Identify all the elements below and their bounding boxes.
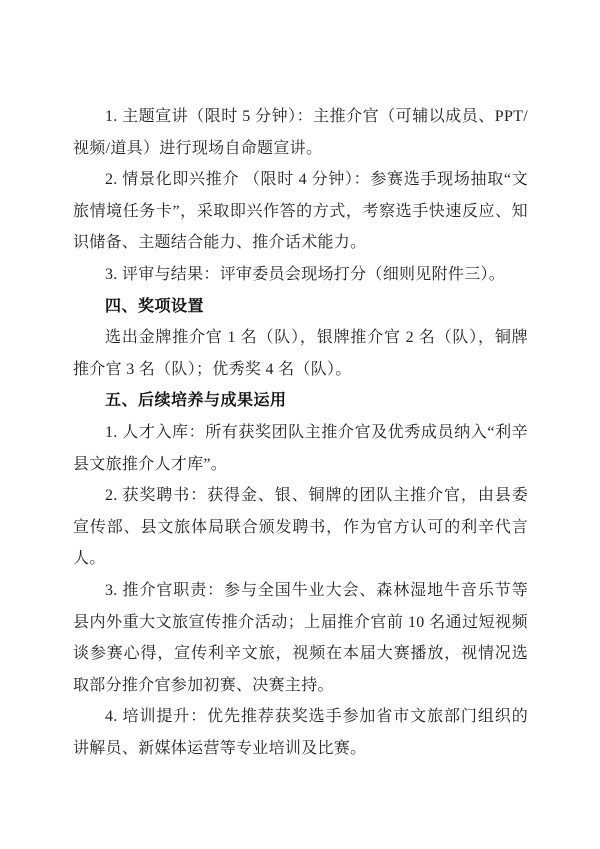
paragraph-impromptu-pitch: 2. 情景化即兴推介 （限时 4 分钟）：参赛选手现场抽取“文旅情境任务卡”，采… <box>73 164 528 259</box>
document-content: 1. 主题宣讲（限时 5 分钟）：主推介官（可辅以成员、PPT/视频/道具）进行… <box>73 101 528 764</box>
paragraph-judging-result: 3. 评审与结果：评审委员会现场打分（细则见附件三）。 <box>73 259 528 291</box>
document-page: 1. 主题宣讲（限时 5 分钟）：主推介官（可辅以成员、PPT/视频/道具）进行… <box>0 0 600 849</box>
paragraph-awards-detail: 选出金牌推介官 1 名（队），银牌推介官 2 名（队），铜牌推介官 3 名（队）… <box>73 322 528 385</box>
paragraph-training-promotion: 4. 培训提升：优先推荐获奖选手参加省市文旅部门组织的讲解员、新媒体运营等专业培… <box>73 701 528 764</box>
section-heading-follow-up-cultivation: 五、后续培养与成果运用 <box>73 385 528 417</box>
paragraph-topic-speech: 1. 主题宣讲（限时 5 分钟）：主推介官（可辅以成员、PPT/视频/道具）进行… <box>73 101 528 164</box>
paragraph-appointment-letter: 2. 获奖聘书：获得金、银、铜牌的团队主推介官，由县委宣传部、县文旅体局联合颁发… <box>73 480 528 575</box>
paragraph-promoter-duties: 3. 推介官职责：参与全国牛业大会、森林湿地牛音乐节等县内外重大文旅宣传推介活动… <box>73 575 528 701</box>
section-heading-awards: 四、奖项设置 <box>73 291 528 323</box>
paragraph-talent-pool: 1. 人才入库：所有获奖团队主推介官及优秀成员纳入“利辛县文旅推介人才库”。 <box>73 417 528 480</box>
